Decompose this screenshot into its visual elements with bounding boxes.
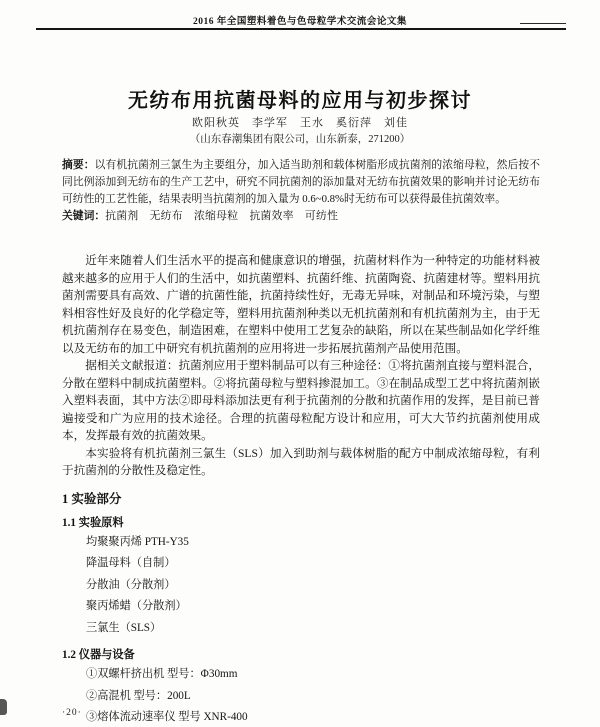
material-item: 均聚聚丙烯 PTH-Y35 [62, 532, 540, 554]
authors-line: 欧阳秋英 李学军 王水 奚衍萍 刘佳 [0, 114, 600, 130]
page-number: ·20· [62, 708, 82, 718]
abstract-block: 摘要：以有机抗菌剂三氯生为主要组分，加入适当助剂和载体树脂形成抗菌剂的浓缩母粒，… [62, 157, 540, 208]
keywords-text: 抗菌剂 无纺布 浓缩母粒 抗菌效率 可纺性 [105, 210, 338, 222]
subsection-heading-materials: 1.1 实验原料 [62, 514, 540, 530]
material-item: 分散油（分散剂） [62, 575, 540, 597]
affiliation-line: （山东春潮集团有限公司，山东新泰，271200） [0, 131, 600, 146]
instrument-item: ②高混机 型号：200L [62, 686, 540, 708]
body-paragraph: 近年来随着人们生活水平的提高和健康意识的增强，抗菌材料作为一种特定的功能材料被越… [62, 252, 540, 357]
scan-artifact [0, 699, 7, 715]
instrument-item: ①双螺杆挤出机 型号：Φ30mm [62, 664, 540, 686]
abstract-text: 以有机抗菌剂三氯生为主要组分，加入适当助剂和载体树脂形成抗菌剂的浓缩母粒，然后按… [62, 159, 540, 205]
paper-page: 2016 年全国塑料着色与色母粒学术交流会论文集 无纺布用抗菌母料的应用与初步探… [0, 0, 600, 727]
abstract-label: 摘要： [62, 159, 95, 171]
subsection-heading-instruments: 1.2 仪器与设备 [62, 646, 540, 662]
material-item: 聚丙烯蜡（分散剂） [62, 596, 540, 618]
instrument-item: ③熔体流动速率仪 型号 XNR-400 [62, 707, 540, 727]
section-heading-experimental: 1 实验部分 [62, 489, 540, 507]
keywords-line: 关键词：抗菌剂 无纺布 浓缩母粒 抗菌效率 可纺性 [62, 208, 540, 225]
material-item: 三氯生（SLS） [62, 618, 540, 640]
paper-title: 无纺布用抗菌母料的应用与初步探讨 [0, 84, 600, 113]
header-rule-tick [520, 23, 566, 24]
body-paragraph: 本实验将有机抗菌剂三氯生（SLS）加入到助剂与载体树脂的配方中制成浓缩母粒，有利… [62, 445, 540, 480]
instruments-list: ①双螺杆挤出机 型号：Φ30mm ②高混机 型号：200L ③熔体流动速率仪 型… [62, 664, 540, 727]
materials-list: 均聚聚丙烯 PTH-Y35 降温母料（自制） 分散油（分散剂） 聚丙烯蜡（分散剂… [62, 532, 540, 640]
header-rule [36, 28, 566, 30]
running-header: 2016 年全国塑料着色与色母粒学术交流会论文集 [0, 13, 600, 27]
body-text: 近年来随着人们生活水平的提高和健康意识的增强，抗菌材料作为一种特定的功能材料被越… [62, 252, 540, 727]
material-item: 降温母料（自制） [62, 553, 540, 575]
body-paragraph: 据相关文献报道：抗菌剂应用于塑料制品可以有三种途径：①将抗菌剂直接与塑料混合，分… [62, 357, 540, 445]
keywords-label: 关键词： [62, 210, 105, 222]
